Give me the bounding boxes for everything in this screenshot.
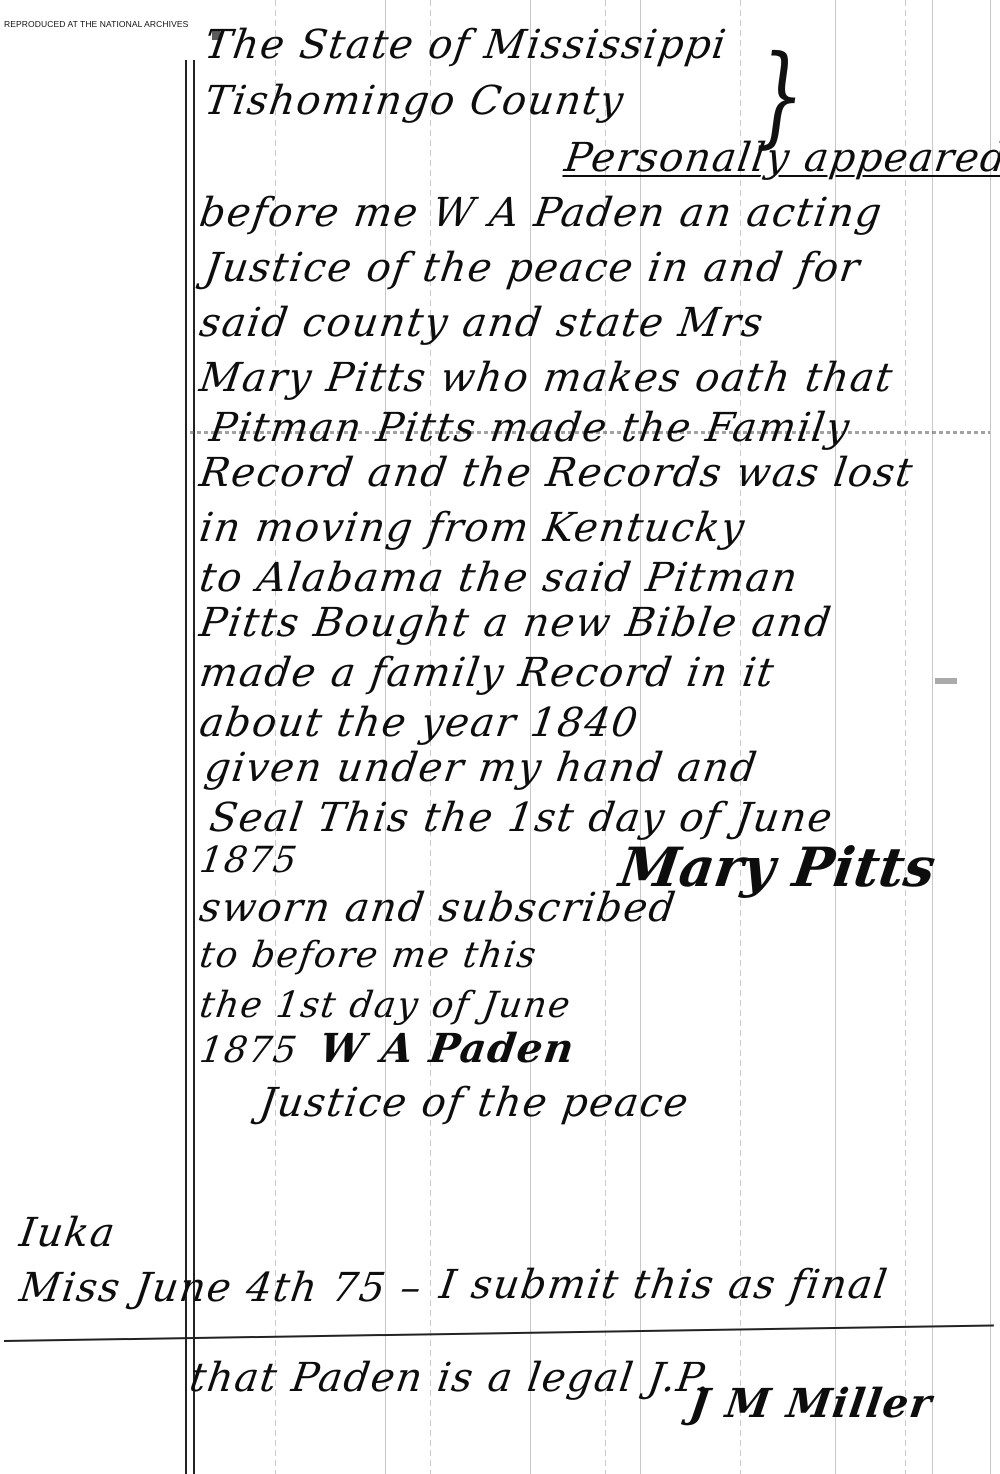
body-line: to Alabama the said Pitman: [197, 555, 802, 601]
archive-stamp: REPRODUCED AT THE NATIONAL ARCHIVES: [4, 19, 188, 29]
body-line: Personally appeared: [562, 135, 1000, 181]
endorsement-statement: I submit this as final: [437, 1262, 891, 1308]
margin-double-rule: [185, 60, 195, 1474]
endorsement-place: Iuka: [17, 1210, 119, 1256]
body-line: in moving from Kentucky: [197, 505, 749, 551]
endorser-signature: J M Miller: [687, 1380, 936, 1427]
ruling-line: [932, 0, 933, 1474]
ruling-line: [990, 0, 991, 1474]
body-line: Pitman Pitts made the Family: [207, 405, 854, 451]
justice-signature: W A Paden: [317, 1025, 578, 1072]
jurat-line: to before me this: [197, 935, 540, 976]
body-line: Justice of the peace in and for: [202, 245, 864, 291]
ruling-line: [905, 0, 906, 1474]
body-line: made a family Record in it: [197, 650, 778, 696]
venue-brace: }: [756, 40, 805, 150]
body-line: before me W A Paden an acting: [197, 190, 886, 236]
body-line: said county and state Mrs: [197, 300, 767, 346]
body-line: Mary Pitts who makes oath that: [197, 355, 897, 401]
body-line: 1875: [197, 840, 300, 881]
endorsement-statement-cont: that Paden is a legal J.P.: [187, 1355, 715, 1401]
jurat-line: 1875: [197, 1030, 300, 1071]
horizontal-rule-bottom: [4, 1324, 994, 1342]
jurat-line: the 1st day of June: [197, 985, 574, 1026]
ink-smudge: [935, 678, 957, 684]
heading-state: The State of Mississippi: [202, 22, 730, 68]
justice-title: Justice of the peace: [257, 1080, 692, 1126]
body-line: given under my hand and: [202, 745, 761, 791]
body-line: about the year 1840: [197, 700, 642, 746]
body-line: Pitts Bought a new Bible and: [197, 600, 835, 646]
jurat-line: sworn and subscribed: [197, 885, 679, 931]
heading-county: Tishomingo County: [202, 78, 628, 124]
body-line: Record and the Records was lost: [197, 450, 917, 496]
endorsement-date: Miss June 4th 75 –: [17, 1265, 426, 1311]
